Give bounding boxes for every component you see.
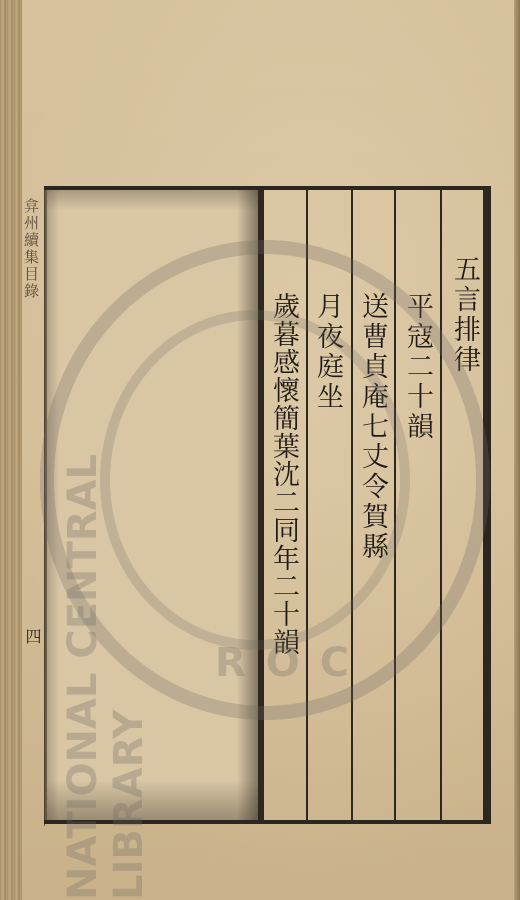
book-spine xyxy=(0,0,22,900)
page-edge xyxy=(514,0,520,900)
adjacent-page-title: 弇州續集目錄 xyxy=(24,198,42,300)
book-page: 弇州續集目錄 四 五言排律 平寇二十韻 送曹貞庵七丈令賀縣 月夜庭坐 歲暮感懷簡… xyxy=(0,0,520,900)
stamp-text-left: NATIONAL CENTRAL LIBRARY xyxy=(60,330,152,900)
stamp-text-bottom: ROC xyxy=(215,640,369,686)
adjacent-page-number: 四 xyxy=(26,628,44,644)
